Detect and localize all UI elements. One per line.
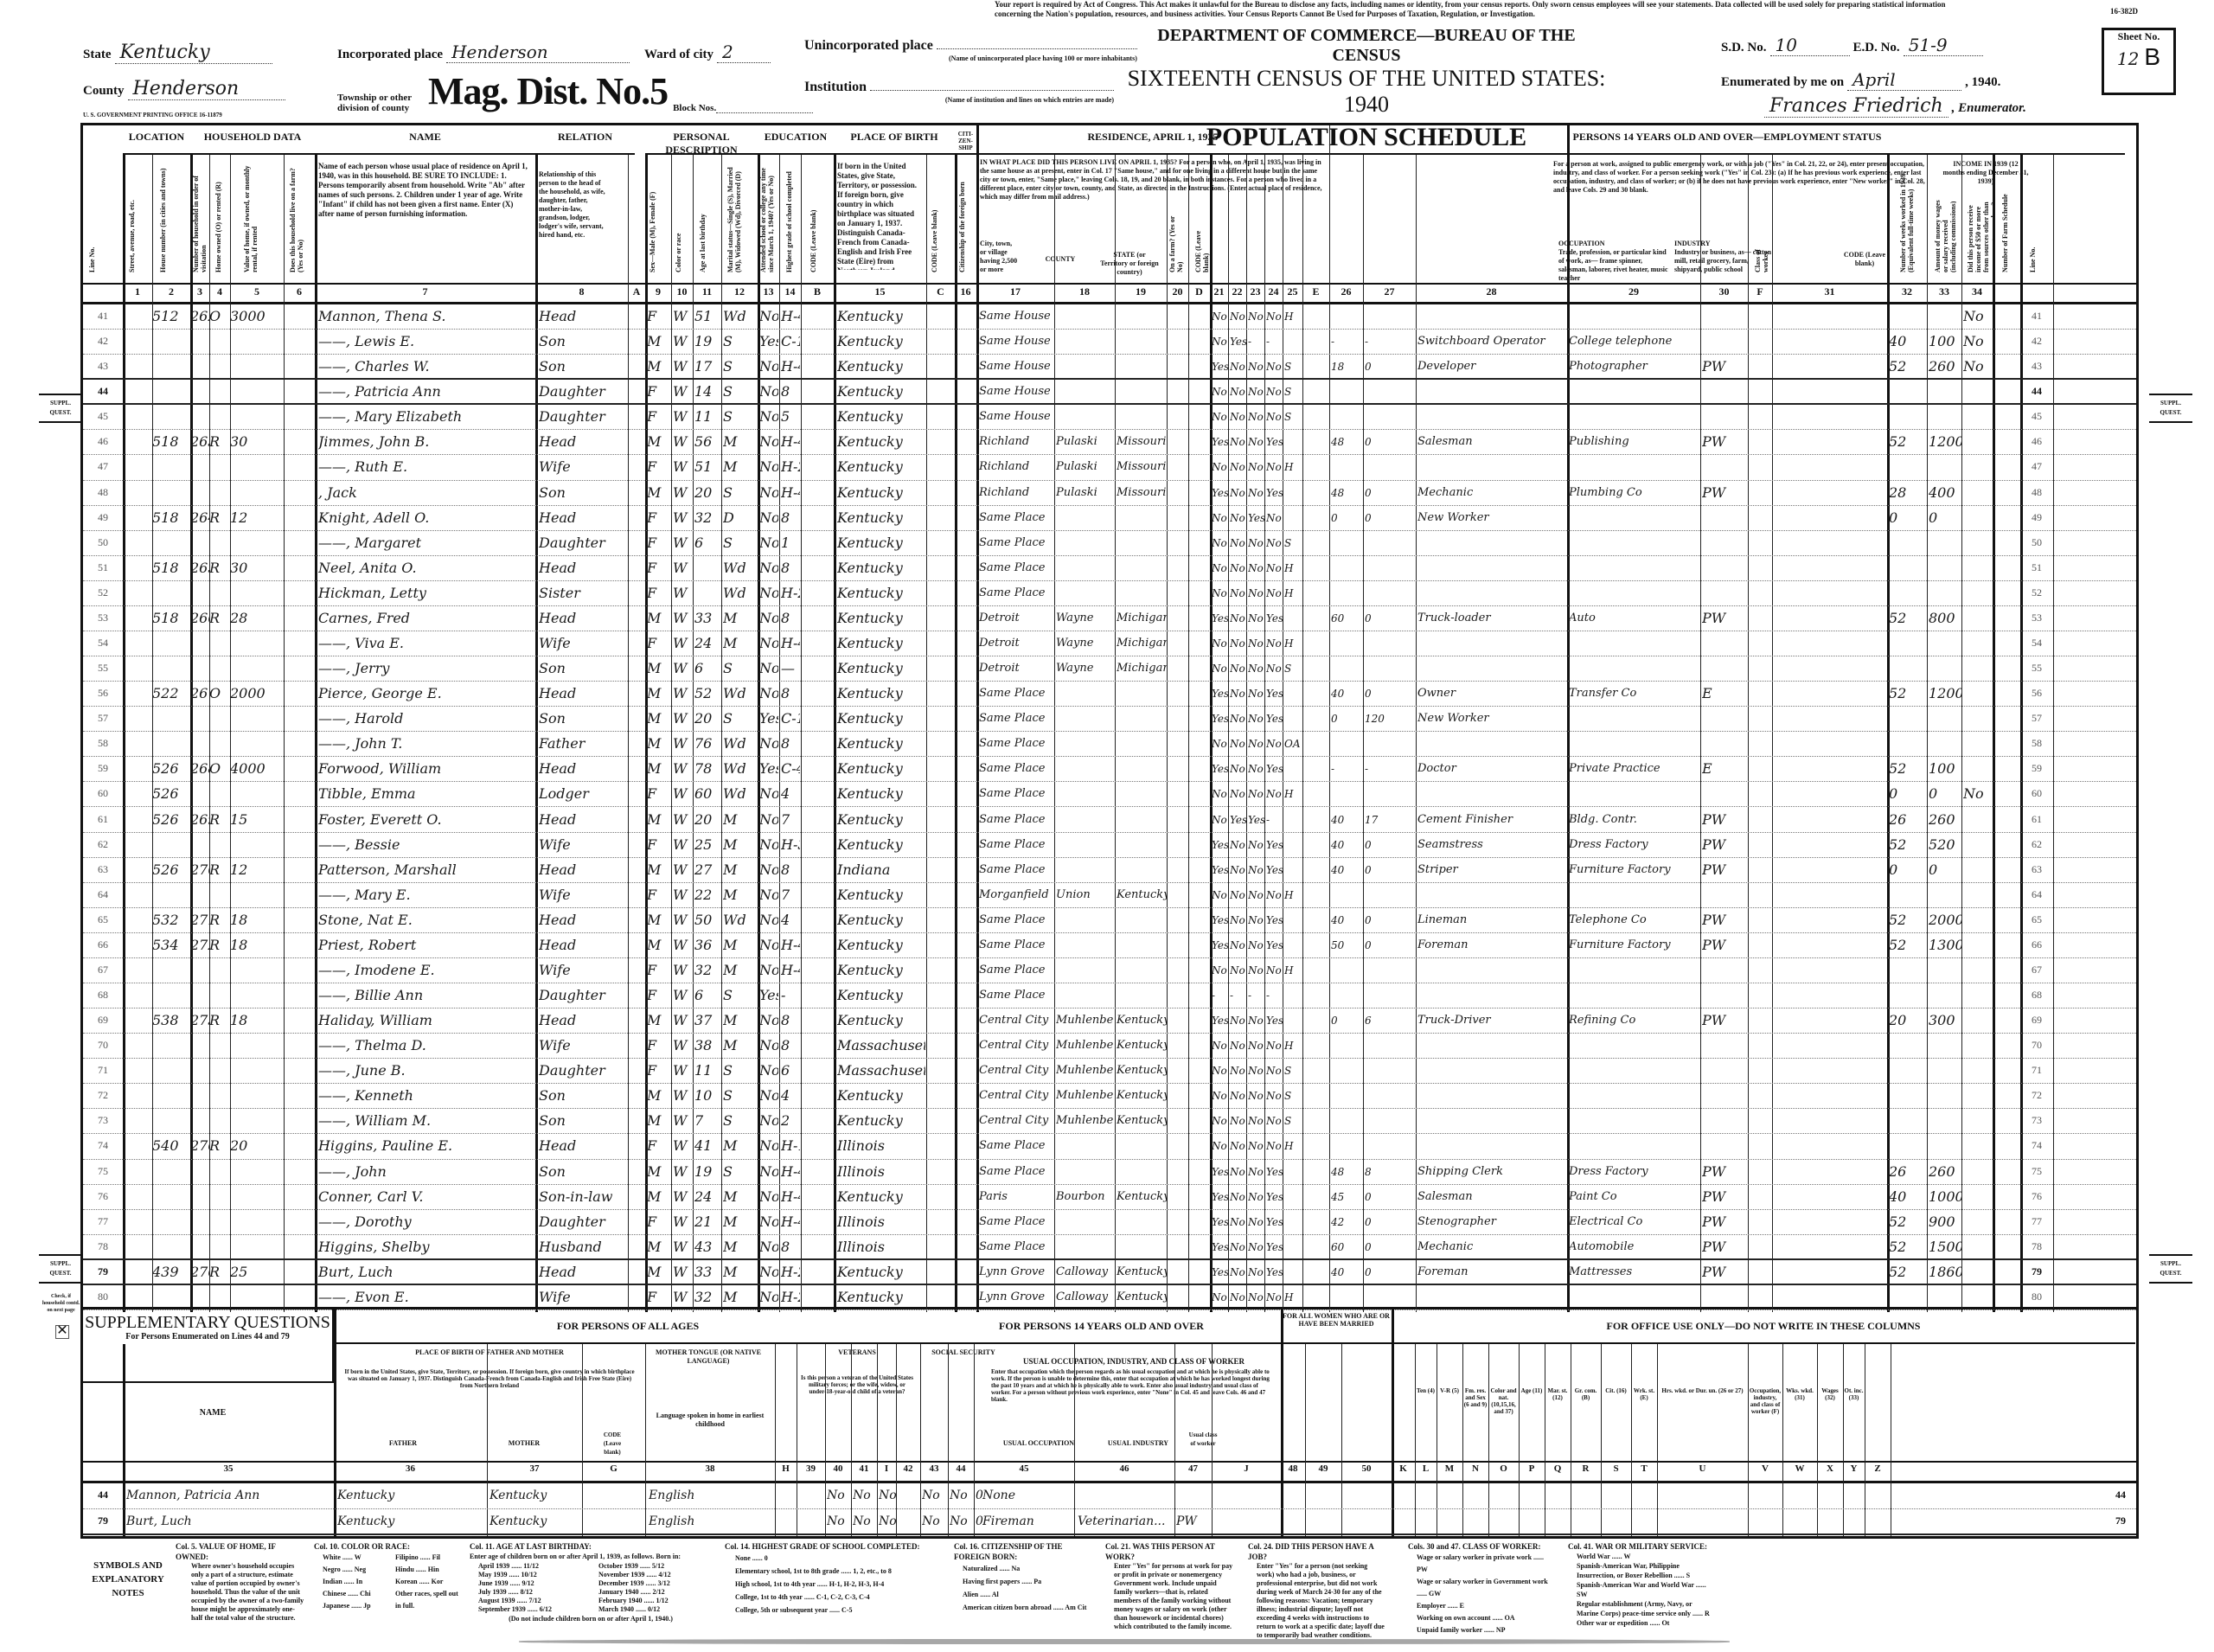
table-row: 7878Higgins, ShelbyHusbandMW43MNo8Illino…	[83, 1235, 2136, 1260]
emergency-work: No	[1230, 1010, 1247, 1031]
at-work: Yes	[1212, 356, 1229, 377]
at-work: Yes	[1212, 910, 1229, 931]
birthplace: Indiana	[837, 860, 925, 880]
has-job: No	[1266, 356, 1283, 377]
sex: M	[647, 331, 669, 352]
residence-city: Morganfield	[979, 885, 1053, 906]
sex: M	[647, 608, 669, 629]
house-number: 540	[152, 1136, 190, 1156]
race: W	[673, 985, 692, 1006]
institution-field: Institution (Name of institution and lin…	[804, 80, 1114, 105]
race: W	[673, 835, 692, 855]
seeking-work: No	[1248, 885, 1265, 906]
activity: H	[1284, 1035, 1302, 1056]
class-of-worker: PW	[1702, 1162, 1747, 1182]
table-row: 6666534272R18Priest, RobertHeadMW36MNoH-…	[83, 933, 2136, 958]
residence-city: Same Place	[979, 910, 1053, 931]
residence-city: Same Place	[979, 935, 1053, 956]
race: W	[673, 331, 692, 352]
age: 27	[694, 860, 720, 880]
sex-header: Sex—Male (M), Female (F)	[649, 177, 666, 272]
line-number-right: 54	[2027, 637, 2046, 650]
supp-column-number: J	[1212, 1463, 1281, 1474]
supp-usual-industry-header: USUAL INDUSTRY	[1091, 1439, 1186, 1448]
supp-column-number: 43	[920, 1463, 948, 1474]
at-work: -	[1212, 985, 1229, 1006]
township-stamp: Mag. Dist. No.5	[428, 69, 668, 113]
has-job: No	[1266, 960, 1283, 981]
residence-city: Same Place	[979, 533, 1053, 554]
relation: Daughter	[539, 381, 625, 402]
owned-rented: R	[209, 1010, 230, 1031]
occupation: Cement Finisher	[1417, 810, 1566, 830]
hours-worked: 48	[1331, 483, 1362, 503]
mother-birthplace: Kentucky	[490, 1511, 580, 1532]
column-number: C	[926, 285, 955, 298]
class-of-worker: E	[1702, 759, 1747, 779]
supp-line-number-right: 79	[2111, 1514, 2130, 1527]
wages: 1000	[1929, 1187, 1961, 1207]
note-col14: Col. 14. HIGHEST GRADE OF SCHOOL COMPLET…	[725, 1541, 950, 1617]
relation: Head	[539, 306, 625, 327]
institution-label: Institution	[804, 80, 867, 94]
industry: Private Practice	[1569, 759, 1699, 779]
occupation: Salesman	[1417, 1187, 1566, 1207]
column-number: 2	[152, 285, 190, 298]
relation: Head	[539, 759, 625, 779]
house-number: 522	[152, 683, 190, 704]
emergency-work: No	[1230, 1136, 1247, 1156]
relation: Son	[539, 1162, 625, 1182]
industry: Dress Factory	[1569, 835, 1699, 855]
column-number-divider	[83, 283, 2136, 285]
supp-column-number: O	[1488, 1463, 1519, 1474]
at-work: Yes	[1212, 1212, 1229, 1233]
has-job: Yes	[1266, 1262, 1283, 1283]
relation: Head	[539, 1010, 625, 1031]
citizenship-header: Citizenship of the foreign born	[958, 160, 976, 272]
owned-rented: R	[209, 1262, 230, 1283]
sex: F	[647, 985, 669, 1006]
farm-schedule-header: Number of Farm Schedule	[2001, 160, 2019, 272]
residence-state: Kentucky	[1117, 1287, 1167, 1308]
line-number-right: 60	[2027, 787, 2046, 800]
residence-state: Kentucky	[1117, 1262, 1167, 1283]
age: 52	[694, 683, 720, 704]
household-number: 262	[190, 306, 209, 327]
school: No	[759, 1187, 778, 1207]
race: W	[673, 1287, 692, 1308]
supp-column-number: V	[1748, 1463, 1782, 1474]
weeks-worked: 52	[1889, 1237, 1927, 1258]
has-job: Yes	[1266, 910, 1283, 931]
school: No	[759, 910, 778, 931]
line-number: 79	[93, 1265, 112, 1278]
birthplace: Kentucky	[837, 885, 925, 906]
usual-occupation: Fireman	[982, 1511, 1078, 1532]
has-job: Yes	[1266, 483, 1283, 503]
line-number-right: 75	[2027, 1165, 2046, 1178]
marital-status: M	[723, 1035, 756, 1056]
relation: Head	[539, 810, 625, 830]
seeking-work: Yes	[1248, 810, 1265, 830]
enumerator-field: Frances Friedrich , Enumerator.	[1764, 95, 2026, 118]
father-birthplace: Kentucky	[337, 1511, 484, 1532]
sex: M	[647, 1085, 669, 1106]
has-job: No	[1266, 784, 1283, 804]
industry: Dress Factory	[1569, 1162, 1699, 1182]
weeks-worked: 40	[1889, 331, 1927, 352]
marital-status: M	[723, 1136, 756, 1156]
line-number-right: 44	[2027, 385, 2046, 398]
residence-county: Muhlenberg	[1056, 1085, 1113, 1106]
note-col10: Col. 10. COLOR OR RACE:White ...... WNeg…	[314, 1541, 461, 1612]
household-continued-note: Check, if household contd. on next page	[42, 1293, 80, 1314]
table-row: 6262——, BessieWifeFW25MNoH-3KentuckySame…	[83, 833, 2136, 858]
age: 24	[694, 633, 720, 654]
note-col41-title: Col. 41. WAR OR MILITARY SERVICE:	[1568, 1541, 1715, 1552]
sheet-letter: B	[2144, 43, 2160, 71]
relation: Head	[539, 683, 625, 704]
age: 10	[694, 1085, 720, 1106]
office-use-header: Age (11)	[1520, 1387, 1544, 1394]
seeking-work: No	[1248, 608, 1265, 629]
person-name: ——, Mary E.	[318, 885, 534, 906]
birthplace: Kentucky	[837, 558, 925, 579]
sex: M	[647, 1162, 669, 1182]
column-number: 22	[1228, 285, 1246, 298]
table-row: 6464——, Mary E.WifeFW22MNo7KentuckyMorga…	[83, 883, 2136, 908]
wages: 2000	[1929, 910, 1961, 931]
weeks-header: Number of weeks worked in 1939 (Equivale…	[1899, 160, 1922, 272]
age: 7	[694, 1111, 720, 1131]
race: W	[673, 733, 692, 754]
group-name: NAME	[315, 125, 535, 155]
supp-column-number: 47	[1174, 1463, 1212, 1474]
residence-state: Kentucky	[1117, 1085, 1167, 1106]
school: No	[759, 658, 778, 679]
has-job: Yes	[1266, 683, 1283, 704]
note-col10-title: Col. 10. COLOR OR RACE:	[314, 1541, 461, 1552]
line-number: 45	[93, 410, 112, 423]
emergency-work: No	[1230, 608, 1247, 629]
home-value: 20	[230, 1136, 284, 1156]
seeking-work: No	[1248, 835, 1265, 855]
marital-status: D	[723, 508, 756, 528]
age: 11	[694, 1060, 720, 1081]
war-service: No	[879, 1485, 896, 1506]
sheet-number-box: Sheet No. 12 B	[2102, 28, 2176, 95]
line-number-right: 76	[2027, 1190, 2046, 1203]
owned-rented: O	[209, 683, 230, 704]
race: W	[673, 935, 692, 956]
hours-worked: 42	[1331, 1212, 1362, 1233]
person-name: ——, Kenneth	[318, 1085, 534, 1106]
grade: H-4	[781, 1212, 800, 1233]
occupation: Doctor	[1417, 759, 1566, 779]
race: W	[673, 608, 692, 629]
birthplace: Kentucky	[837, 608, 925, 629]
at-work: Yes	[1212, 835, 1229, 855]
weeks-unemployed: 0	[1365, 608, 1415, 629]
notes-title: SYMBOLS AND EXPLANATORY NOTES	[89, 1559, 167, 1600]
marital-status: M	[723, 960, 756, 981]
grade: 2	[781, 1111, 800, 1131]
marital-status: M	[723, 885, 756, 906]
seeking-work: No	[1248, 935, 1265, 956]
birthplace: Kentucky	[837, 759, 925, 779]
column-number: 7	[315, 285, 535, 298]
seeking-work: No	[1248, 1035, 1265, 1056]
note-col5-title: Col. 5. VALUE OF HOME, IF OWNED:	[176, 1541, 305, 1562]
census-rows: 4141512262O3000Mannon, Thena S.HeadFW51W…	[83, 304, 2136, 1310]
line-number-right: 50	[2027, 536, 2046, 549]
emergency-work: No	[1230, 1187, 1247, 1207]
residence-city: Same Place	[979, 960, 1053, 981]
household-continued-checkbox[interactable]: ✕	[55, 1325, 69, 1339]
school: No	[759, 1162, 778, 1182]
emergency-work: No	[1230, 483, 1247, 503]
supp-column-number: M	[1437, 1463, 1462, 1474]
grade: H-4	[781, 432, 800, 452]
race: W	[673, 1111, 692, 1131]
emergency-work: No	[1230, 633, 1247, 654]
office-use-header: Occupation, industry, and class of worke…	[1749, 1387, 1782, 1415]
home-value: 4000	[230, 759, 284, 779]
at-work: Yes	[1212, 1262, 1229, 1283]
wages: 800	[1929, 608, 1961, 629]
line-number-right: 48	[2027, 486, 2046, 499]
at-work: No	[1212, 633, 1229, 654]
person-name: Patterson, Marshall	[318, 860, 534, 880]
institution-note: (Name of institution and lines on which …	[804, 95, 1114, 105]
race: W	[673, 633, 692, 654]
age: 43	[694, 1237, 720, 1258]
note-item: September 1939 ...... 6/12	[478, 1605, 592, 1614]
birthplace: Kentucky	[837, 583, 925, 604]
occupation-description: For a person at work, assigned to public…	[1553, 160, 1934, 238]
group-personal: PERSONAL DESCRIPTION	[645, 125, 758, 155]
marital-status: Wd	[723, 306, 756, 327]
note-item: December 1939 ...... 3/12	[598, 1579, 712, 1588]
residence-city: Same Place	[979, 558, 1053, 579]
at-work: Yes	[1212, 432, 1229, 452]
industry: Telephone Co	[1569, 910, 1699, 931]
social-security-deductions: No	[950, 1485, 974, 1506]
has-job: Yes	[1266, 1237, 1283, 1258]
supplementary-title-box: SUPPLEMENTARY QUESTIONS For Persons Enum…	[83, 1309, 334, 1383]
note-col11-title: Col. 11. AGE AT LAST BIRTHDAY:	[470, 1541, 712, 1552]
residence-county: Calloway	[1056, 1287, 1113, 1308]
residence-city: Same Place	[979, 860, 1053, 880]
occupation: Foreman	[1417, 935, 1566, 956]
supplementary-questions: SUPPLEMENTARY QUESTIONS For Persons Enum…	[80, 1309, 2139, 1539]
note-item: Wage or salary worker in private work ..…	[1417, 1552, 1555, 1576]
confidentiality-notice: Your report is required by Act of Congre…	[995, 0, 1946, 19]
birthplace: Kentucky	[837, 910, 925, 931]
supp-usual-class-header: Usual class of worker	[1186, 1431, 1220, 1448]
marital-status: M	[723, 1187, 756, 1207]
column-number: 9	[645, 285, 671, 298]
weeks-worked: 52	[1889, 1262, 1927, 1283]
father-birthplace: Kentucky	[337, 1485, 484, 1506]
note-item: Indian ...... In	[323, 1576, 388, 1588]
weeks-unemployed: 17	[1365, 810, 1415, 830]
line-number-right: 62	[2027, 838, 2046, 851]
line-number-right: 67	[2027, 964, 2046, 976]
industry: Mattresses	[1569, 1262, 1699, 1283]
age: 36	[694, 935, 720, 956]
household-number: 269	[190, 810, 209, 830]
race: W	[673, 759, 692, 779]
line-number: 66	[93, 938, 112, 951]
note-item: White ...... W	[323, 1552, 388, 1564]
relation: Daughter	[539, 985, 625, 1006]
sd-value: 10	[1770, 35, 1850, 56]
race: W	[673, 381, 692, 402]
column-number: B	[801, 285, 834, 298]
residence-county: Muhlenberg	[1056, 1010, 1113, 1031]
hours-worked: 60	[1331, 1237, 1362, 1258]
residence-state: Kentucky	[1117, 1010, 1167, 1031]
line-number: 64	[93, 888, 112, 901]
has-job: No	[1266, 508, 1283, 528]
person-name: ——, John	[318, 1162, 534, 1182]
person-name: Foster, Everett O.	[318, 810, 534, 830]
note-item: Elementary school, 1st to 8th grade ....…	[735, 1565, 950, 1578]
line-number-right: 68	[2027, 989, 2046, 1002]
note-item: Alien ...... Al	[963, 1588, 1092, 1601]
birthplace: Illinois	[837, 1162, 925, 1182]
supp-column-number: 35	[123, 1463, 334, 1474]
wages: 520	[1929, 835, 1961, 855]
has-job: Yes	[1266, 1187, 1283, 1207]
emergency-work: No	[1230, 759, 1247, 779]
note-item: Naturalized ...... Na	[963, 1562, 1092, 1575]
household-number: 267	[190, 683, 209, 704]
emergency-work: No	[1230, 1212, 1247, 1233]
grade: 1	[781, 533, 800, 554]
industry: Paint Co	[1569, 1187, 1699, 1207]
wages: 1200	[1929, 432, 1961, 452]
has-job: No	[1266, 1136, 1283, 1156]
emergency-work: No	[1230, 457, 1247, 477]
occupation: Foreman	[1417, 1262, 1566, 1283]
enumerated-label: Enumerated by me on	[1721, 75, 1844, 89]
note-item: Working on own account ...... OA	[1417, 1612, 1555, 1624]
note-col11-foot: (Do not include children born on or afte…	[470, 1614, 712, 1624]
grade: H-2	[781, 1287, 800, 1308]
table-row: 7575——, JohnSonMW19SNoH-4IllinoisSame Pl…	[83, 1160, 2136, 1185]
table-row: 4646518263R30Jimmes, John B.HeadMW56MNoH…	[83, 430, 2136, 455]
activity: S	[1284, 1085, 1302, 1106]
activity: H	[1284, 306, 1302, 327]
age: 51	[694, 306, 720, 327]
marital-status: Wd	[723, 784, 756, 804]
state-label: State	[83, 48, 112, 61]
birthplace: Kentucky	[837, 1187, 925, 1207]
residence-state: Missouri	[1117, 457, 1167, 477]
sex: M	[647, 759, 669, 779]
emergency-work: No	[1230, 1262, 1247, 1283]
owned-rented: R	[209, 558, 230, 579]
table-row: 5858——, John T.FatherMW76WdNo8KentuckySa…	[83, 732, 2136, 757]
seeking-work: No	[1248, 633, 1265, 654]
marital-status: S	[723, 1111, 756, 1131]
sex: F	[647, 784, 669, 804]
grade: 5	[781, 407, 800, 427]
residence-county: Pulaski	[1056, 432, 1113, 452]
sex: F	[647, 508, 669, 528]
birthplace: Kentucky	[837, 835, 925, 855]
school: No	[759, 1136, 778, 1156]
birthplace: Kentucky	[837, 708, 925, 729]
race: W	[673, 432, 692, 452]
residence-city: Same House	[979, 356, 1053, 377]
relation: Wife	[539, 885, 625, 906]
enumerator-label: , Enumerator.	[1952, 101, 2026, 115]
state-value: Kentucky	[115, 42, 272, 64]
age: 11	[694, 407, 720, 427]
grade: H-4	[781, 1187, 800, 1207]
other-income: No	[1963, 331, 1993, 352]
activity: H	[1284, 1136, 1302, 1156]
residence-city: Detroit	[979, 608, 1053, 629]
table-row: 4141512262O3000Mannon, Thena S.HeadFW51W…	[83, 304, 2136, 330]
relation: Daughter	[539, 1060, 625, 1081]
activity: H	[1284, 960, 1302, 981]
emergency-work: No	[1230, 658, 1247, 679]
column-number: 32	[1887, 285, 1927, 298]
seeking-work: Yes	[1248, 508, 1265, 528]
emergency-work: No	[1230, 306, 1247, 327]
seeking-work: No	[1248, 1085, 1265, 1106]
line-number: 76	[93, 1190, 112, 1203]
line-no-right-header: Line No.	[2029, 212, 2046, 272]
supp-usual-description: Enter that occupation which the person r…	[991, 1368, 1277, 1410]
supp-column-number: 41	[851, 1463, 877, 1474]
house-number: 512	[152, 306, 190, 327]
class-of-worker: PW	[1702, 1212, 1747, 1233]
home-value: 12	[230, 508, 284, 528]
grade: 6	[781, 1060, 800, 1081]
office-use-header: Ten (4)	[1416, 1387, 1436, 1394]
printing-office: U. S. GOVERNMENT PRINTING OFFICE 16-1187…	[83, 111, 222, 120]
line-number: 46	[93, 435, 112, 448]
grade: H-4	[781, 960, 800, 981]
township-label: Township or other division of county	[337, 93, 428, 113]
supp-column-number: L	[1415, 1463, 1437, 1474]
table-row: 7979439276R25Burt, LuchHeadMW33MNoH-2Ken…	[83, 1260, 2136, 1285]
line-number: 43	[93, 360, 112, 373]
birthplace: Massachusetts	[837, 1035, 925, 1056]
class-of-worker: PW	[1702, 356, 1747, 377]
has-job: No	[1266, 558, 1283, 579]
industry: Transfer Co	[1569, 683, 1699, 704]
supp-name-header: NAME	[170, 1409, 256, 1418]
relation: Son	[539, 356, 625, 377]
owned-rented: R	[209, 432, 230, 452]
seeking-work: No	[1248, 583, 1265, 604]
code-b-header: CODE (Leave blank)	[809, 160, 827, 272]
supp-row: 4444Mannon, Patricia AnnKentuckyKentucky…	[83, 1483, 2136, 1509]
age: 19	[694, 1162, 720, 1182]
column-number: 8	[535, 285, 628, 298]
line-number-right: 53	[2027, 611, 2046, 624]
relation: Wife	[539, 1287, 625, 1308]
person-name: ——, Billie Ann	[318, 985, 534, 1006]
sex: M	[647, 432, 669, 452]
